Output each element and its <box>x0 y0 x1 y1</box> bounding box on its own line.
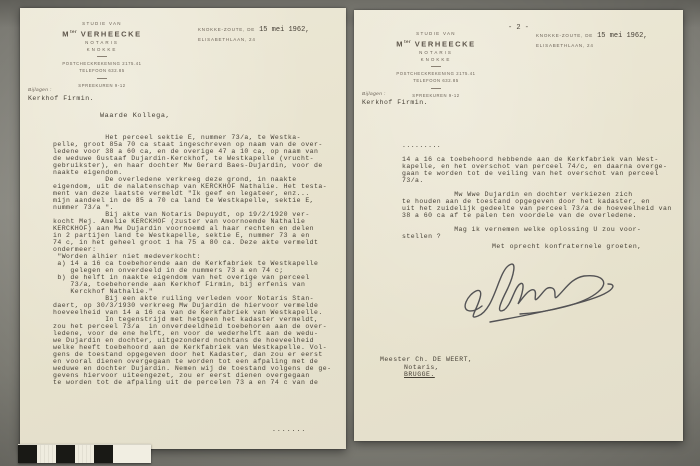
letterhead-divider-2 <box>431 88 441 89</box>
letter-page-1: STUDIE VAN Mter VERHEECKE NOTARIS KNOKKE… <box>20 8 346 449</box>
scale-segment-white-wide <box>113 445 151 463</box>
letter-body-page-2: ......... 14 a 16 ca toebehoord hebbende… <box>402 142 672 240</box>
letterhead-divider <box>431 66 441 67</box>
letterhead-telefoon: TELEFOON 632.85 <box>372 77 500 85</box>
letterhead-name-prefix: M <box>62 30 70 39</box>
letterhead-city: KNOKKE <box>38 46 166 53</box>
scale-segment-black <box>18 445 37 463</box>
addressee-name: Meester Ch. DE WEERT, <box>380 356 472 364</box>
date-address: ELISABETHLAAN, 24 <box>198 37 309 42</box>
scale-segment-white <box>75 445 94 463</box>
attachments-value: Kerkhof Firmin. <box>362 99 428 106</box>
letterhead-telefoon: TELEFOON 632.85 <box>38 67 166 75</box>
letterhead: STUDIE VAN Mter VERHEECKE NOTARIS KNOKKE… <box>38 20 166 89</box>
scale-segment-black <box>56 445 75 463</box>
date-value: 15 mei 1962, <box>597 32 647 40</box>
salutation: Waarde Kollega, <box>100 112 170 120</box>
letterhead-studio: STUDIE VAN <box>372 30 500 37</box>
letterhead-studio: STUDIE VAN <box>38 20 166 27</box>
date-place-label: KNOKKE-ZOUTE, DE <box>536 33 593 38</box>
date-block: KNOKKE-ZOUTE, DE 15 mei 1962, ELISABETHL… <box>198 26 309 42</box>
letterhead-city: KNOKKE <box>372 56 500 63</box>
attachments-label: Bijlagen : <box>362 92 428 97</box>
letterhead-postcheck: POSTCHECKREKENING 2175.41 <box>372 70 500 78</box>
addressee-city: BRUGGE. <box>380 371 472 379</box>
letterhead-postcheck: POSTCHECKREKENING 2175.41 <box>38 60 166 68</box>
date-value: 15 mei 1962, <box>259 26 309 34</box>
letterhead-name-prefix: M <box>396 40 404 49</box>
letter-body-page-1: Het perceel sektie E, nummer 73/a, te We… <box>53 134 331 386</box>
letterhead-name-main: VERHEECKE <box>81 30 142 39</box>
attachments-value: Kerkhof Firmin. <box>28 95 94 102</box>
attachments-block: Bijlagen : Kerkhof Firmin. <box>362 92 428 106</box>
letterhead-divider-2 <box>97 78 107 79</box>
addressee-block: Meester Ch. DE WEERT, Notaris, BRUGGE. <box>380 356 472 379</box>
letterhead-title: NOTARIS <box>38 39 166 46</box>
scale-segment-white <box>37 445 56 463</box>
closing-line: Met oprecht konfraternele groeten, <box>492 243 642 250</box>
letterhead: STUDIE VAN Mter VERHEECKE NOTARIS KNOKKE… <box>372 30 500 99</box>
calibration-scale-bar <box>18 444 151 463</box>
letter-page-2: - 2 - STUDIE VAN Mter VERHEECKE NOTARIS … <box>354 10 683 441</box>
letterhead-title: NOTARIS <box>372 49 500 56</box>
signature <box>454 254 634 326</box>
scale-segment-black <box>94 445 113 463</box>
letterhead-name-sup: ter <box>70 29 77 34</box>
attachments-label: Bijlagen : <box>28 88 94 93</box>
attachments-block: Bijlagen : Kerkhof Firmin. <box>28 88 94 102</box>
letterhead-divider <box>97 56 107 57</box>
continuation-dots: ....... <box>272 426 306 433</box>
letterhead-name: Mter VERHEECKE <box>38 27 166 39</box>
letterhead-name: Mter VERHEECKE <box>372 37 500 49</box>
letterhead-name-sup: ter <box>404 39 411 44</box>
date-place-label: KNOKKE-ZOUTE, DE <box>198 27 255 32</box>
letterhead-name-main: VERHEECKE <box>415 40 476 49</box>
addressee-title: Notaris, <box>380 364 472 372</box>
archival-scan: { "colors": { "background": "#8d8c84", "… <box>0 0 700 466</box>
date-address: ELISABETHLAAN, 24 <box>536 43 647 48</box>
date-block: KNOKKE-ZOUTE, DE 15 mei 1962, ELISABETHL… <box>536 32 647 48</box>
